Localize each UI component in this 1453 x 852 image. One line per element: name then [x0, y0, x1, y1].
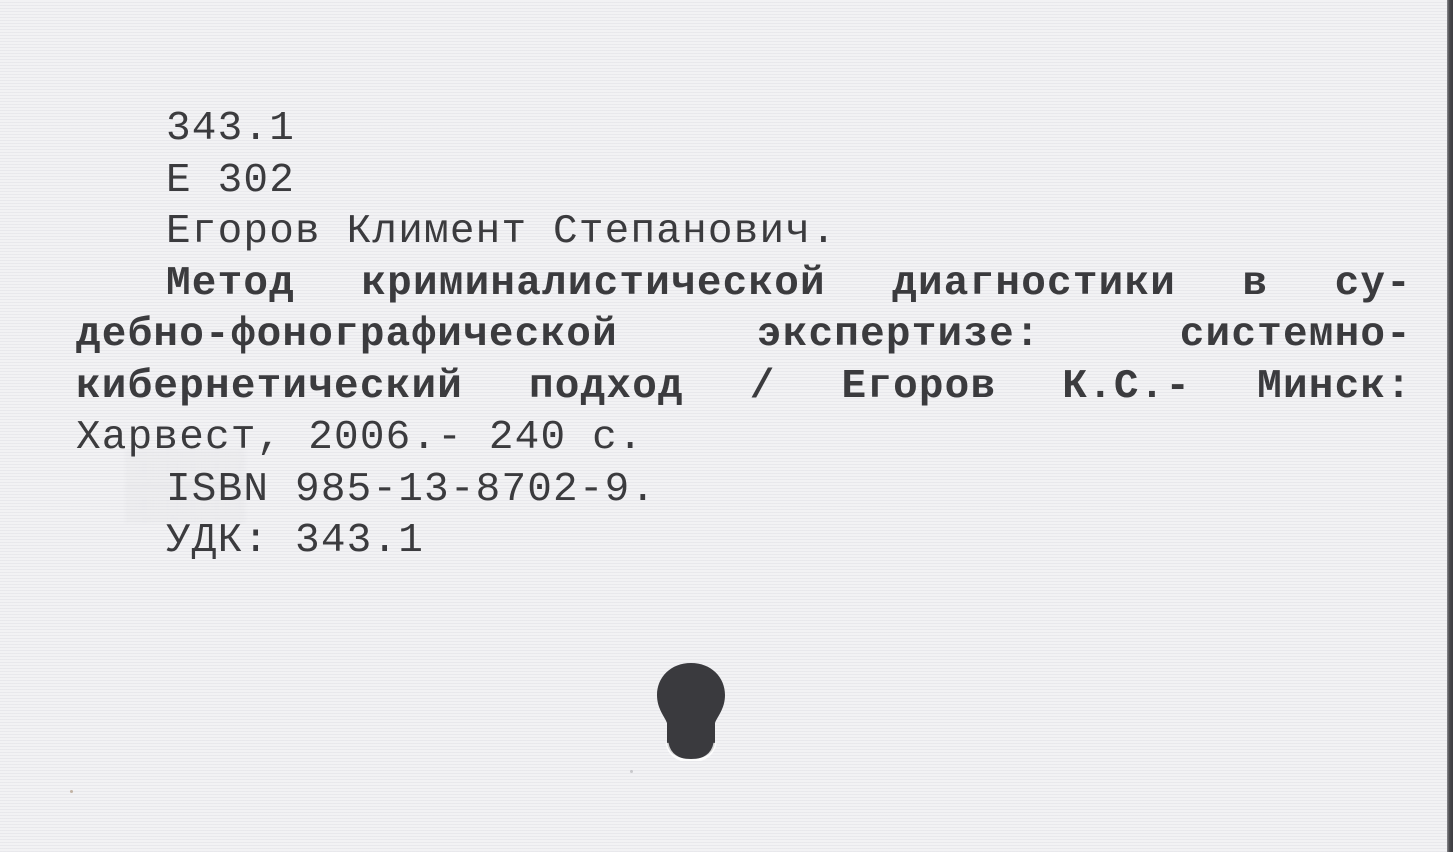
author-heading: Егоров Климент Степанович. — [76, 207, 1412, 259]
classification-number: 343.1 — [76, 104, 1412, 156]
publication-line: Харвест, 2006.- 240 с. — [76, 413, 1412, 465]
catalog-card: ▒▒▒▒▒▒▒▒▒▒ 343.1 Е 302 Егоров Климент Ст… — [0, 0, 1448, 852]
paper-speck — [630, 770, 633, 773]
title-line-3: кибернетический подход / Егоров К.С.- Ми… — [76, 362, 1412, 414]
card-text: 343.1 Е 302 Егоров Климент Степанович. М… — [76, 104, 1412, 568]
card-edge-shadow — [1447, 0, 1453, 852]
punch-hole-icon — [655, 661, 727, 761]
udc: УДК: 343.1 — [76, 516, 1412, 568]
title-line-1: Метод криминалистической диагностики в с… — [76, 259, 1412, 311]
isbn: ISBN 985-13-8702-9. — [76, 465, 1412, 517]
title-line-2: дебно-фонографической экспертизе: систем… — [76, 310, 1412, 362]
author-mark: Е 302 — [76, 156, 1412, 208]
paper-speck — [70, 790, 73, 793]
